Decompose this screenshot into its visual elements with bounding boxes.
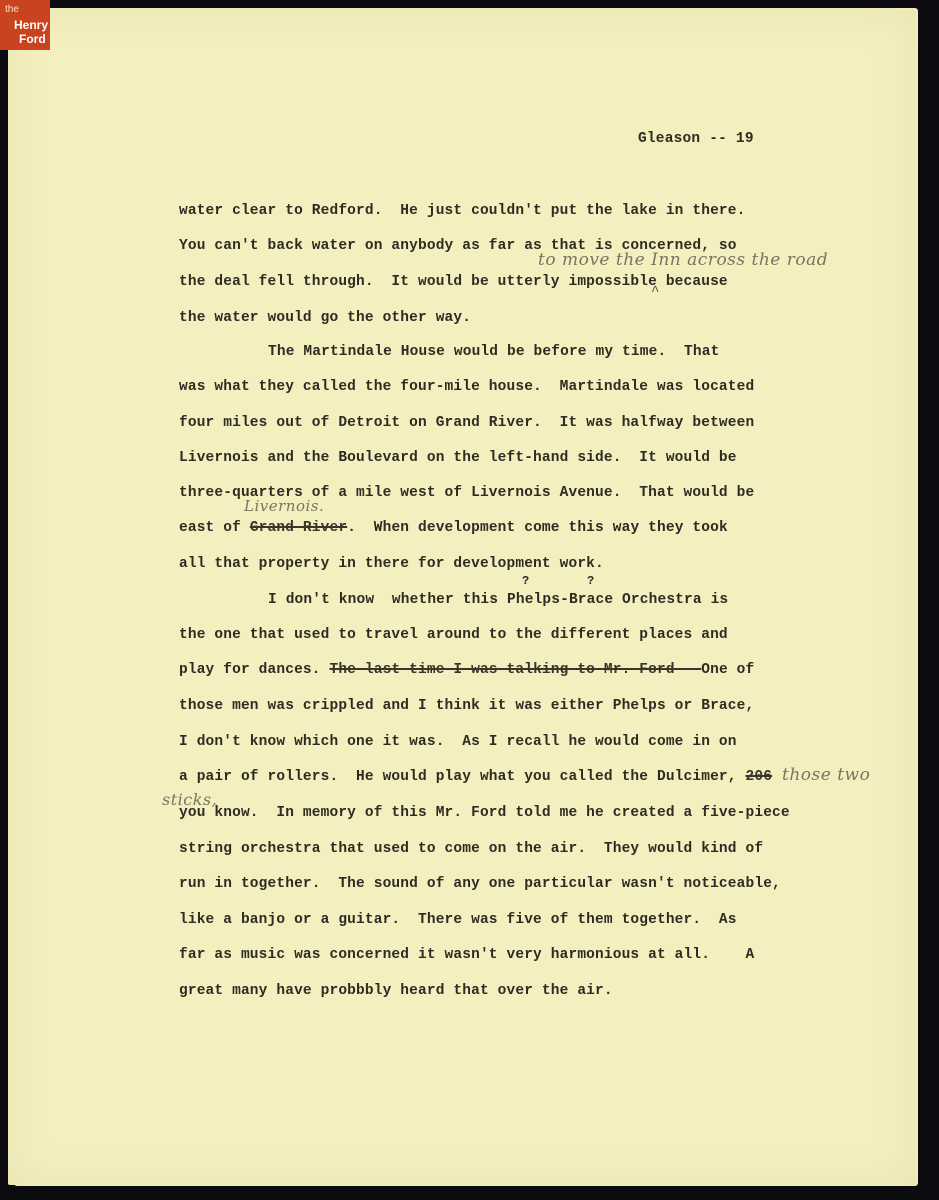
text-line-15: those men was crippled and I think it wa… bbox=[179, 698, 754, 714]
page-header: Gleason -- 19 bbox=[638, 131, 754, 147]
text-line-3: the deal fell through. It would be utter… bbox=[179, 274, 728, 290]
text-line-13: the one that used to travel around to th… bbox=[179, 627, 728, 643]
handwritten-insert-livernois: Livernois. bbox=[244, 497, 324, 515]
logo-henry: Henry bbox=[14, 19, 48, 31]
logo-the: the bbox=[5, 5, 19, 15]
text-line-4: the water would go the other way. bbox=[179, 310, 471, 326]
text-line-21: like a banjo or a guitar. There was five… bbox=[179, 912, 737, 928]
logo-ford: Ford bbox=[19, 33, 46, 45]
text-line-18: you know. In memory of this Mr. Ford tol… bbox=[179, 805, 790, 821]
struck-sentence: The last time I was talking to Mr. Ford … bbox=[329, 662, 701, 678]
line17-text: a pair of rollers. He would play what yo… bbox=[179, 769, 737, 785]
line10-suffix: . bbox=[347, 520, 374, 536]
text-line-19: string orchestra that used to come on th… bbox=[179, 841, 763, 857]
handwritten-insert-inn: to move the Inn across the road bbox=[538, 250, 828, 270]
text-line-17: a pair of rollers. He would play what yo… bbox=[179, 769, 772, 785]
text-line-10: east of Grand River. When development co… bbox=[179, 520, 728, 536]
line10-rest: When development come this way they took bbox=[374, 520, 728, 536]
text-line-20: run in together. The sound of any one pa… bbox=[179, 876, 781, 892]
text-line-16: I don't know which one it was. As I reca… bbox=[179, 734, 737, 750]
text-line-22: far as music was concerned it wasn't ver… bbox=[179, 947, 754, 963]
text-line-7: four miles out of Detroit on Grand River… bbox=[179, 415, 754, 431]
text-line-1: water clear to Redford. He just couldn't… bbox=[179, 203, 746, 219]
text-line-12: I don't know whether this Phelps-Brace O… bbox=[268, 592, 728, 608]
henry-ford-logo: the Henry Ford bbox=[0, 0, 50, 50]
text-line-23: great many have probbbly heard that over… bbox=[179, 983, 613, 999]
question-mark-1: ? bbox=[522, 574, 529, 588]
text-line-8: Livernois and the Boulevard on the left-… bbox=[179, 450, 737, 466]
text-line-5: The Martindale House would be before my … bbox=[268, 344, 719, 360]
line14-prefix: play for dances. bbox=[179, 662, 329, 678]
line14-rest: One of bbox=[701, 662, 754, 678]
text-line-6: was what they called the four-mile house… bbox=[179, 379, 754, 395]
line10-prefix: east of bbox=[179, 520, 250, 536]
insertion-caret: ^ bbox=[651, 284, 659, 300]
text-line-11: all that property in there for developme… bbox=[179, 556, 604, 572]
struck-number: 206 bbox=[746, 769, 773, 785]
handwritten-insert-those-two: those two bbox=[782, 765, 870, 785]
question-mark-2: ? bbox=[587, 574, 594, 588]
text-line-14: play for dances. The last time I was tal… bbox=[179, 662, 754, 678]
struck-grand-river: Grand River bbox=[250, 520, 347, 536]
